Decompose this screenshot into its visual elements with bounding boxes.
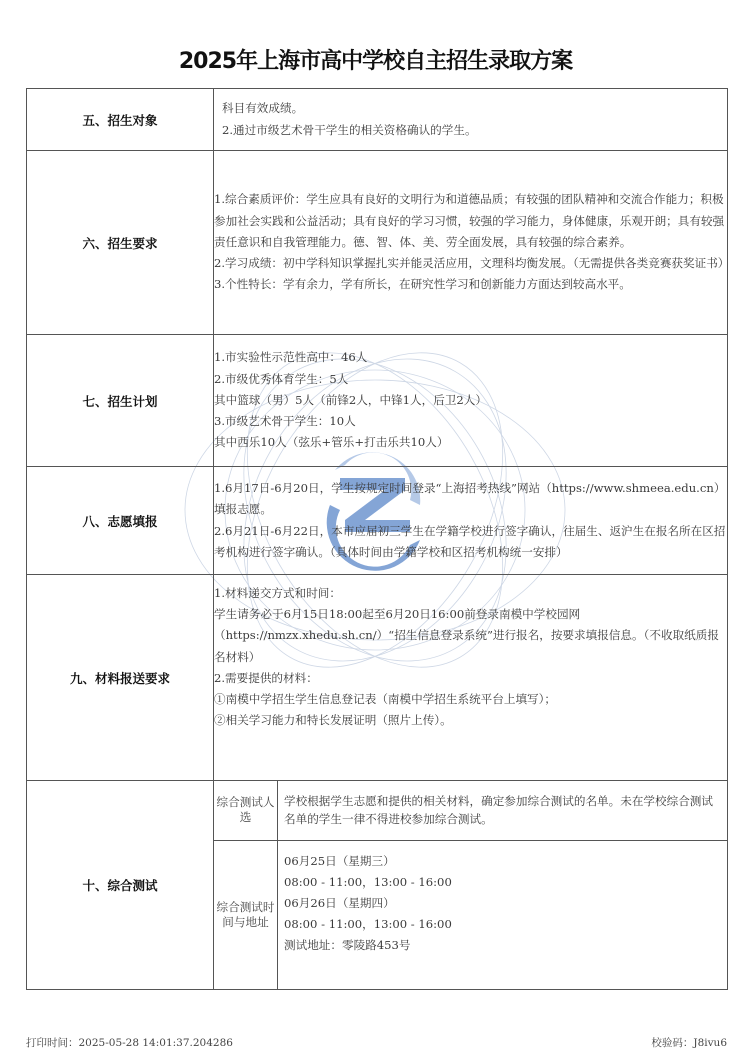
test-subtable: 综合测试人选 学校根据学生志愿和提供的相关材料，确定参加综合测试的名单。未在学校…: [214, 781, 727, 989]
content-line: 科目有效成绩。: [214, 98, 727, 119]
check-code: 校验码：J8ivu6: [651, 1035, 727, 1050]
content-line: （https://nmzx.xhedu.sh.cn/）“招生信息登录系统”进行报…: [214, 625, 727, 667]
section-label: 五、招生对象: [27, 89, 214, 151]
subtable-row-candidates: 综合测试人选 学校根据学生志愿和提供的相关材料，确定参加综合测试的名单。未在学校…: [214, 781, 727, 840]
document-title: 2025年上海市高中学校自主招生录取方案: [0, 44, 751, 75]
content-line: 2.需要提供的材料：: [214, 668, 727, 689]
subtable-row-time-address: 综合测试时间与地址 06月25日（星期三） 08:00 - 11:00，13:0…: [214, 840, 727, 989]
sub-label: 综合测试时间与地址: [214, 840, 278, 989]
table-row-section-6: 六、招生要求 1.综合素质评价：学生应具有良好的文明行为和道德品质；有较强的团队…: [27, 151, 728, 335]
content-line: 其中西乐10人（弦乐+管乐+打击乐共10人）: [214, 432, 727, 453]
content-line: 1.材料递交方式和时间：: [214, 583, 727, 604]
section-content: 1.综合素质评价：学生应具有良好的文明行为和道德品质；有较强的团队精神和交流合作…: [214, 151, 728, 335]
content-line: 学校根据学生志愿和提供的相关材料，确定参加综合测试的名单。未在学校综合测试名单的…: [284, 792, 721, 828]
content-line: 学生请务必于6月15日18:00起至6月20日16:00前登录南模中学校园网: [214, 604, 727, 625]
section-content: 1.市实验性示范性高中：46人 2.市级优秀体育学生：5人 其中篮球（男）5人（…: [214, 335, 728, 467]
content-line: 2.通过市级艺术骨干学生的相关资格确认的学生。: [214, 120, 727, 141]
table-row-section-5: 五、招生对象 科目有效成绩。 2.通过市级艺术骨干学生的相关资格确认的学生。: [27, 89, 728, 151]
table-row-section-7: 七、招生计划 1.市实验性示范性高中：46人 2.市级优秀体育学生：5人 其中篮…: [27, 335, 728, 467]
content-line: 06月26日（星期四）: [284, 893, 721, 914]
sub-content: 06月25日（星期三） 08:00 - 11:00，13:00 - 16:00 …: [278, 840, 728, 989]
admission-plan-table: 五、招生对象 科目有效成绩。 2.通过市级艺术骨干学生的相关资格确认的学生。 六…: [26, 88, 728, 990]
table-row-section-9: 九、材料报送要求 1.材料递交方式和时间： 学生请务必于6月15日18:00起至…: [27, 575, 728, 781]
content-line: 08:00 - 11:00，13:00 - 16:00: [284, 914, 721, 935]
section-content: 1.6月17日-6月20日，学生按规定时间登录“上海招考热线”网站（https:…: [214, 467, 728, 575]
print-time: 打印时间：2025-05-28 14:01:37.204286: [26, 1035, 233, 1050]
table-row-section-10: 十、综合测试 综合测试人选 学校根据学生志愿和提供的相关材料，确定参加综合测试的…: [27, 781, 728, 990]
content-line: 3.市级艺术骨干学生：10人: [214, 411, 727, 432]
content-line: 2.学习成绩：初中学科知识掌握扎实并能灵活应用，文理科均衡发展。（无需提供各类竞…: [214, 253, 727, 274]
content-line: 08:00 - 11:00，13:00 - 16:00: [284, 872, 721, 893]
section-label: 十、综合测试: [27, 781, 214, 990]
content-line: 1.6月17日-6月20日，学生按规定时间登录“上海招考热线”网站（https:…: [214, 478, 727, 520]
content-line: ②相关学习能力和特长发展证明（照片上传）。: [214, 710, 727, 731]
content-line: 2.6月21日-6月22日，本市应届初三学生在学籍学校进行签字确认，往届生、返沪…: [214, 521, 727, 563]
content-line: 1.综合素质评价：学生应具有良好的文明行为和道德品质；有较强的团队精神和交流合作…: [214, 189, 727, 253]
section-label: 七、招生计划: [27, 335, 214, 467]
content-line: ①南模中学招生学生信息登记表（南模中学招生系统平台上填写）；: [214, 689, 727, 710]
content-line: 06月25日（星期三）: [284, 851, 721, 872]
content-line: 2.市级优秀体育学生：5人: [214, 369, 727, 390]
content-line: 3.个性特长：学有余力，学有所长，在研究性学习和创新能力方面达到较高水平。: [214, 274, 727, 295]
section-label: 六、招生要求: [27, 151, 214, 335]
content-line: 1.市实验性示范性高中：46人: [214, 347, 727, 368]
section-content: 1.材料递交方式和时间： 学生请务必于6月15日18:00起至6月20日16:0…: [214, 575, 728, 781]
content-line: 测试地址：零陵路453号: [284, 935, 721, 956]
section-content: 综合测试人选 学校根据学生志愿和提供的相关材料，确定参加综合测试的名单。未在学校…: [214, 781, 728, 990]
section-content: 科目有效成绩。 2.通过市级艺术骨干学生的相关资格确认的学生。: [214, 89, 728, 151]
section-label: 八、志愿填报: [27, 467, 214, 575]
content-line: 其中篮球（男）5人（前锋2人，中锋1人，后卫2人）: [214, 390, 727, 411]
sub-label: 综合测试人选: [214, 781, 278, 840]
sub-content: 学校根据学生志愿和提供的相关材料，确定参加综合测试的名单。未在学校综合测试名单的…: [278, 781, 728, 840]
table-row-section-8: 八、志愿填报 1.6月17日-6月20日，学生按规定时间登录“上海招考热线”网站…: [27, 467, 728, 575]
section-label: 九、材料报送要求: [27, 575, 214, 781]
